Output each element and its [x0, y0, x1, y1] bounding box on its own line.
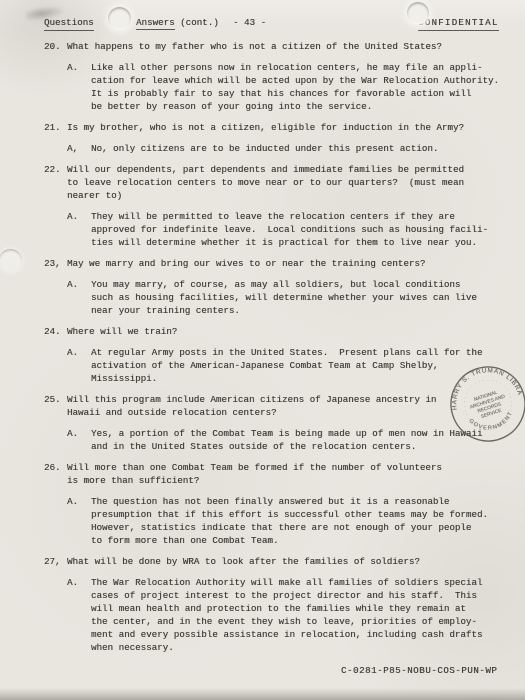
question-text: Will more than one Combat Team be formed… [67, 461, 525, 487]
question-text: May we marry and bring our wives to or n… [67, 257, 525, 270]
answer-label: A. [67, 278, 91, 317]
question-row: 26. Will more than one Combat Team be fo… [0, 461, 525, 487]
answer-text: No, only citizens are to be inducted und… [91, 142, 525, 155]
question-number: 23, [44, 257, 67, 270]
question-number: 21. [44, 121, 67, 134]
answer-row: A. You may marry, of course, as may all … [0, 278, 525, 317]
question-row: 24. Where will we train? [0, 325, 525, 338]
question-text: What will be done by WRA to look after t… [67, 555, 525, 568]
page-header: Questions Answers (cont.) - 43 - CONFIDE… [0, 16, 525, 31]
question-row: 23, May we marry and bring our wives to … [0, 257, 525, 270]
question-number: 20. [44, 40, 67, 53]
scanned-document-page: Questions Answers (cont.) - 43 - CONFIDE… [0, 0, 525, 700]
question-number: 24. [44, 325, 67, 338]
answer-text: They will be permitted to leave the relo… [91, 210, 525, 249]
page-number: - 43 - [233, 16, 266, 29]
document-body: 20. What happens to my father who is not… [0, 40, 525, 662]
classification-stamp: CONFIDENTIAL [418, 16, 499, 31]
hole-punch-top-right [407, 2, 429, 24]
answer-label: A, [67, 142, 91, 155]
answer-row: A. Like all other persons now in relocat… [0, 61, 525, 113]
answer-text: You may marry, of course, as may all sol… [91, 278, 525, 317]
question-text: Is my brother, who is not a citizen, eli… [67, 121, 525, 134]
answer-label: A. [67, 210, 91, 249]
question-number: 25. [44, 393, 67, 419]
question-number: 22. [44, 163, 67, 202]
header-title-answers: Answers (cont.) [136, 16, 219, 29]
answer-label: A. [67, 495, 91, 547]
hole-punch-top-left [108, 7, 131, 30]
document-code: C-0281-P85-NOBU-COS-PUN-WP [341, 665, 497, 676]
answer-label: A. [67, 427, 91, 453]
answer-label: A. [67, 346, 91, 385]
question-text: Will our dependents, part dependents and… [67, 163, 525, 202]
answer-label: A. [67, 576, 91, 654]
answer-row: A. The War Relocation Authority will mak… [0, 576, 525, 654]
answer-row: A, No, only citizens are to be inducted … [0, 142, 525, 155]
answer-label: A. [67, 61, 91, 113]
answer-text: The War Relocation Authority will make a… [91, 576, 525, 654]
question-row: 20. What happens to my father who is not… [0, 40, 525, 53]
answer-row: A. They will be permitted to leave the r… [0, 210, 525, 249]
question-row: 21. Is my brother, who is not a citizen,… [0, 121, 525, 134]
question-row: 22. Will our dependents, part dependents… [0, 163, 525, 202]
answer-row: A. Yes, a portion of the Combat Team is … [0, 427, 525, 453]
answer-text: Like all other persons now in relocation… [91, 61, 525, 113]
answer-row: A. The question has not been finally ans… [0, 495, 525, 547]
hole-punch-left-margin [0, 249, 22, 272]
question-text: Where will we train? [67, 325, 525, 338]
answer-text: The question has not been finally answer… [91, 495, 525, 547]
question-text: What happens to my father who is not a c… [67, 40, 525, 53]
scan-edge-shadow [0, 688, 525, 700]
question-number: 26. [44, 461, 67, 487]
question-number: 27, [44, 555, 67, 568]
header-title-questions: Questions [44, 16, 94, 31]
question-row: 27, What will be done by WRA to look aft… [0, 555, 525, 568]
